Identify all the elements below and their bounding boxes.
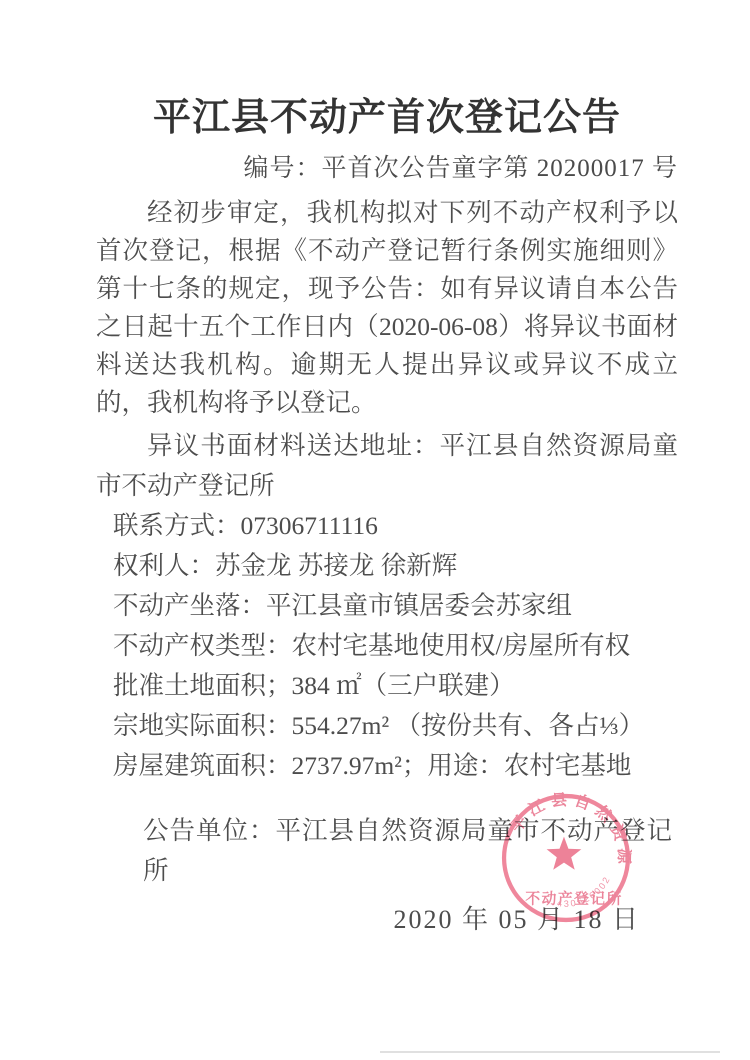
location-line: 不动产坐落：平江县童市镇居委会苏家组 [113,586,678,626]
document-content: 平江县不动产首次登记公告 编号：平首次公告童字第 20200017 号 经初步审… [0,95,750,940]
holder-line: 权利人：苏金龙 苏接龙 徐新辉 [113,546,678,586]
official-seal-stamp: 平江县自然资源局童市 不动产登记所 4306260022170 [500,791,632,925]
objection-address-paragraph: 异议书面材料送达地址：平江县自然资源局童市不动产登记所 [96,426,678,506]
page-title: 平江县不动产首次登记公告 [96,95,678,141]
document-page: 平江县不动产首次登记公告 编号：平首次公告童字第 20200017 号 经初步审… [0,0,750,1060]
detail-lines: 联系方式：07306711116 权利人：苏金龙 苏接龙 徐新辉 不动产坐落：平… [113,506,678,786]
building-area-line: 房屋建筑面积：2737.97m²；用途：农村宅基地 [113,746,678,786]
right-type-line: 不动产权类型：农村宅基地使用权/房屋所有权 [113,626,678,666]
seal-graphic: 平江县自然资源局童市 不动产登记所 4306260022170 [500,791,632,925]
star-icon [547,837,582,870]
doc-number: 编号：平首次公告童字第 20200017 号 [96,154,678,184]
approved-area-line: 批准土地面积；384 ㎡（三户联建） [113,666,678,706]
contact-line: 联系方式：07306711116 [113,506,678,546]
scan-artifact-line [380,1051,720,1053]
parcel-area-line: 宗地实际面积：554.27m² （按份共有、各占⅓） [113,706,678,746]
notice-paragraph: 经初步审定，我机构拟对下列不动产权利予以首次登记，根据《不动产登记暂行条例实施细… [96,194,678,422]
